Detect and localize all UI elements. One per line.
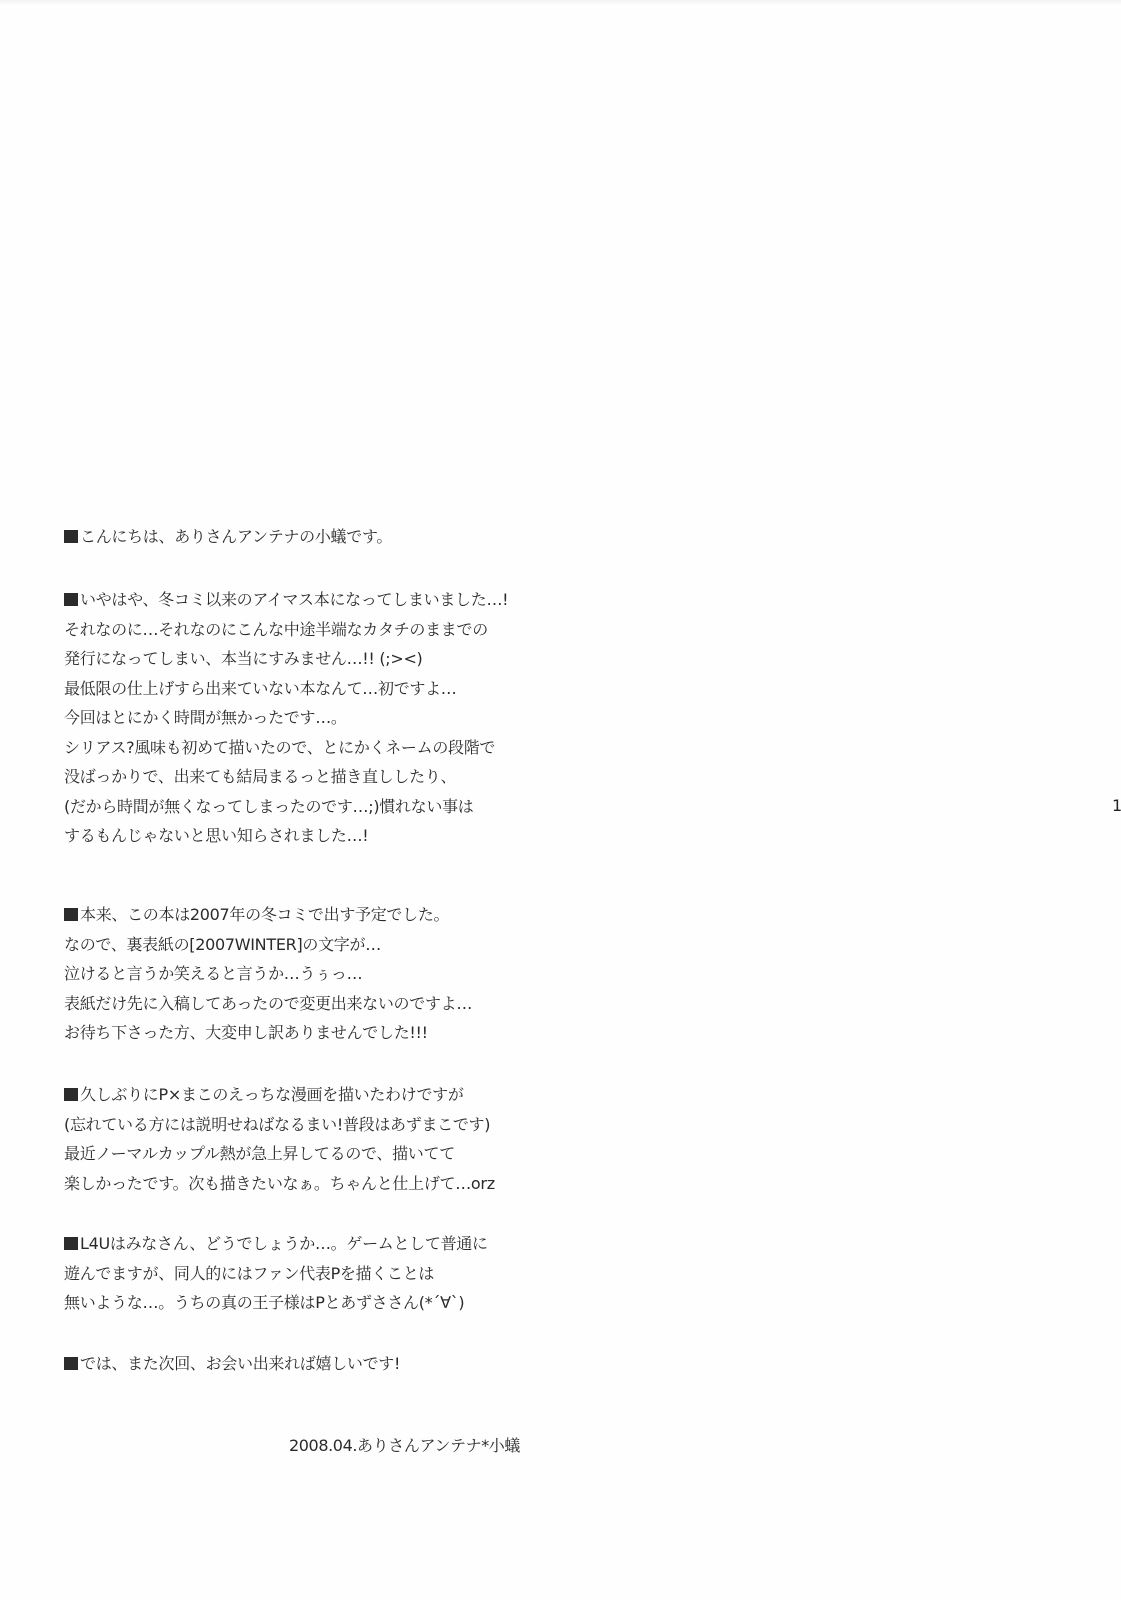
bullet-square-icon bbox=[64, 1357, 78, 1370]
text-line: 最低限の仕上げすら出来ていない本なんて…初ですよ… bbox=[64, 674, 508, 704]
page-number: 1 bbox=[1112, 796, 1121, 816]
bullet-square-icon bbox=[64, 530, 78, 543]
text-line: 今回はとにかく時間が無かったです…。 bbox=[64, 703, 508, 733]
text-line: 楽しかったです。次も描きたいなぁ。ちゃんと仕上げて…orz bbox=[64, 1169, 495, 1199]
paragraph-schedule: 本来、この本は2007年の冬コミで出す予定でした。 なので、裏表紙の[2007W… bbox=[64, 900, 472, 1048]
text-line: シリアス?風味も初めて描いたので、とにかくネームの段階で bbox=[64, 733, 508, 763]
text-line: 泣けると言うか笑えると言うか…うぅっ… bbox=[64, 959, 472, 989]
text-line: するもんじゃないと思い知らされました…! bbox=[64, 821, 508, 851]
text-line: 発行になってしまい、本当にすみません…!! (;><) bbox=[64, 644, 508, 674]
text-line: なので、裏表紙の[2007WINTER]の文字が… bbox=[64, 930, 472, 960]
paragraph-greeting: こんにちは、ありさんアンテナの小蟻です。 bbox=[64, 522, 392, 552]
bullet-square-icon bbox=[64, 1237, 78, 1250]
bullet-square-icon bbox=[64, 908, 78, 921]
text-line: それなのに…それなのにこんな中途半端なカタチのままでの bbox=[64, 615, 508, 645]
text-line: L4Uはみなさん、どうでしょうか…。ゲームとして普通に bbox=[64, 1229, 488, 1259]
text-line: 久しぶりにP×まこのえっちな漫画を描いたわけですが bbox=[64, 1080, 495, 1110]
text-line: こんにちは、ありさんアンテナの小蟻です。 bbox=[64, 522, 392, 552]
paragraph-l4u: L4Uはみなさん、どうでしょうか…。ゲームとして普通に 遊んでますが、同人的には… bbox=[64, 1229, 488, 1318]
paragraph-apology: いやはや、冬コミ以来のアイマス本になってしまいました…! それなのに…それなのに… bbox=[64, 585, 508, 851]
text-line: 表紙だけ先に入稿してあったので変更出来ないのですよ… bbox=[64, 989, 472, 1019]
text-line: (忘れている方には説明せねばなるまい!普段はあずまこです) bbox=[64, 1110, 495, 1140]
bullet-square-icon bbox=[64, 593, 78, 606]
signature-date-author: 2008.04.ありさんアンテナ*小蟻 bbox=[289, 1435, 520, 1457]
paragraph-manga-note: 久しぶりにP×まこのえっちな漫画を描いたわけですが (忘れている方には説明せねば… bbox=[64, 1080, 495, 1198]
document-page: こんにちは、ありさんアンテナの小蟻です。 いやはや、冬コミ以来のアイマス本になっ… bbox=[0, 0, 1121, 1600]
text-line: 最近ノーマルカップル熱が急上昇してるので、描いてて bbox=[64, 1139, 495, 1169]
text-line: 無いような…。うちの真の王子様はPとあずささん(*´∀`) bbox=[64, 1288, 488, 1318]
bullet-square-icon bbox=[64, 1088, 78, 1101]
text-line: では、また次回、お会い出来れば嬉しいです! bbox=[64, 1349, 400, 1379]
text-line: 遊んでますが、同人的にはファン代表Pを描くことは bbox=[64, 1259, 488, 1289]
text-line: 没ばっかりで、出来ても結局まるっと描き直ししたり、 bbox=[64, 762, 508, 792]
text-line: 本来、この本は2007年の冬コミで出す予定でした。 bbox=[64, 900, 472, 930]
text-line: いやはや、冬コミ以来のアイマス本になってしまいました…! bbox=[64, 585, 508, 615]
text-line: (だから時間が無くなってしまったのです…;)慣れない事は bbox=[64, 792, 508, 822]
paragraph-closing: では、また次回、お会い出来れば嬉しいです! bbox=[64, 1349, 400, 1379]
text-line: お待ち下さった方、大変申し訳ありませんでした!!! bbox=[64, 1018, 472, 1048]
page-top-edge bbox=[0, 0, 1121, 6]
